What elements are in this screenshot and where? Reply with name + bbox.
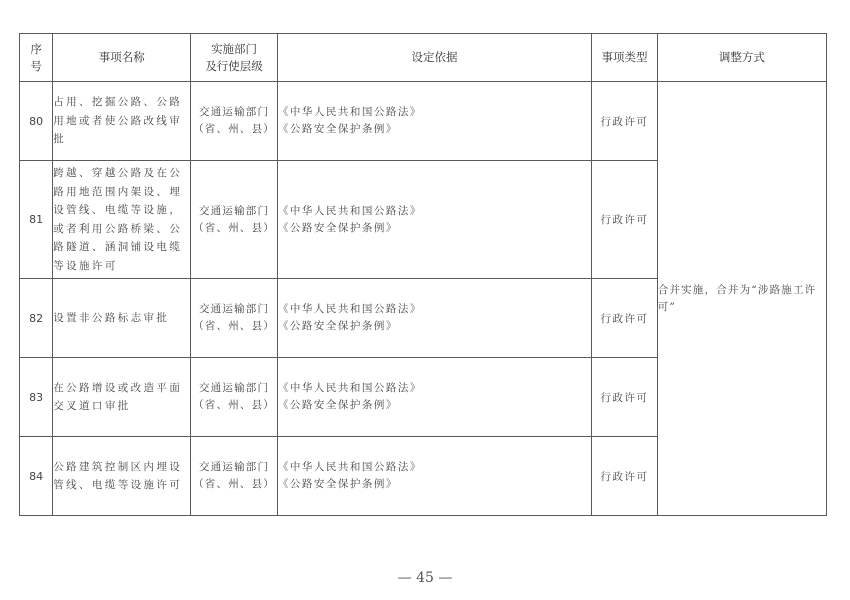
header-type: 事项类型 (592, 34, 657, 82)
table-row: 80 占用、挖掘公路、公路用地或者使公路改线审批 交通运输部门 （省、州、县） … (20, 82, 827, 161)
department: 交通运输部门 （省、州、县） (191, 358, 278, 437)
department: 交通运输部门 （省、州、县） (191, 279, 278, 358)
header-basis: 设定依据 (277, 34, 591, 82)
item-type: 行政许可 (592, 358, 657, 437)
department: 交通运输部门 （省、州、县） (191, 161, 278, 279)
table-header-row: 序 号 事项名称 实施部门 及行使层级 设定依据 事项类型 调整方式 (20, 34, 827, 82)
item-name: 设置非公路标志审批 (53, 279, 191, 358)
row-number: 81 (20, 161, 53, 279)
header-name: 事项名称 (53, 34, 191, 82)
department: 交通运输部门 （省、州、县） (191, 82, 278, 161)
row-number: 84 (20, 437, 53, 516)
legal-basis: 《中华人民共和国公路法》 《公路安全保护条例》 (277, 279, 591, 358)
row-number: 83 (20, 358, 53, 437)
legal-basis: 《中华人民共和国公路法》 《公路安全保护条例》 (277, 358, 591, 437)
item-name: 占用、挖掘公路、公路用地或者使公路改线审批 (53, 82, 191, 161)
legal-basis: 《中华人民共和国公路法》 《公路安全保护条例》 (277, 161, 591, 279)
header-dept: 实施部门 及行使层级 (191, 34, 278, 82)
item-type: 行政许可 (592, 279, 657, 358)
department: 交通运输部门 （省、州、县） (191, 437, 278, 516)
legal-basis: 《中华人民共和国公路法》 《公路安全保护条例》 (277, 82, 591, 161)
header-adjust: 调整方式 (657, 34, 826, 82)
item-type: 行政许可 (592, 437, 657, 516)
item-name: 在公路增设或改造平面交叉道口审批 (53, 358, 191, 437)
items-table: 序 号 事项名称 实施部门 及行使层级 设定依据 事项类型 调整方式 80 占用… (19, 33, 827, 516)
legal-basis: 《中华人民共和国公路法》 《公路安全保护条例》 (277, 437, 591, 516)
adjustment-method: 合并实施，合并为“涉路施工许可” (657, 82, 826, 516)
item-name: 公路建筑控制区内埋设管线、电缆等设施许可 (53, 437, 191, 516)
row-number: 82 (20, 279, 53, 358)
page-number: — 45 — (0, 570, 850, 586)
item-name: 跨越、穿越公路及在公路用地范围内架设、埋设管线、电缆等设施，或者利用公路桥梁、公… (53, 161, 191, 279)
row-number: 80 (20, 82, 53, 161)
item-type: 行政许可 (592, 161, 657, 279)
header-no: 序 号 (20, 34, 53, 82)
item-type: 行政许可 (592, 82, 657, 161)
